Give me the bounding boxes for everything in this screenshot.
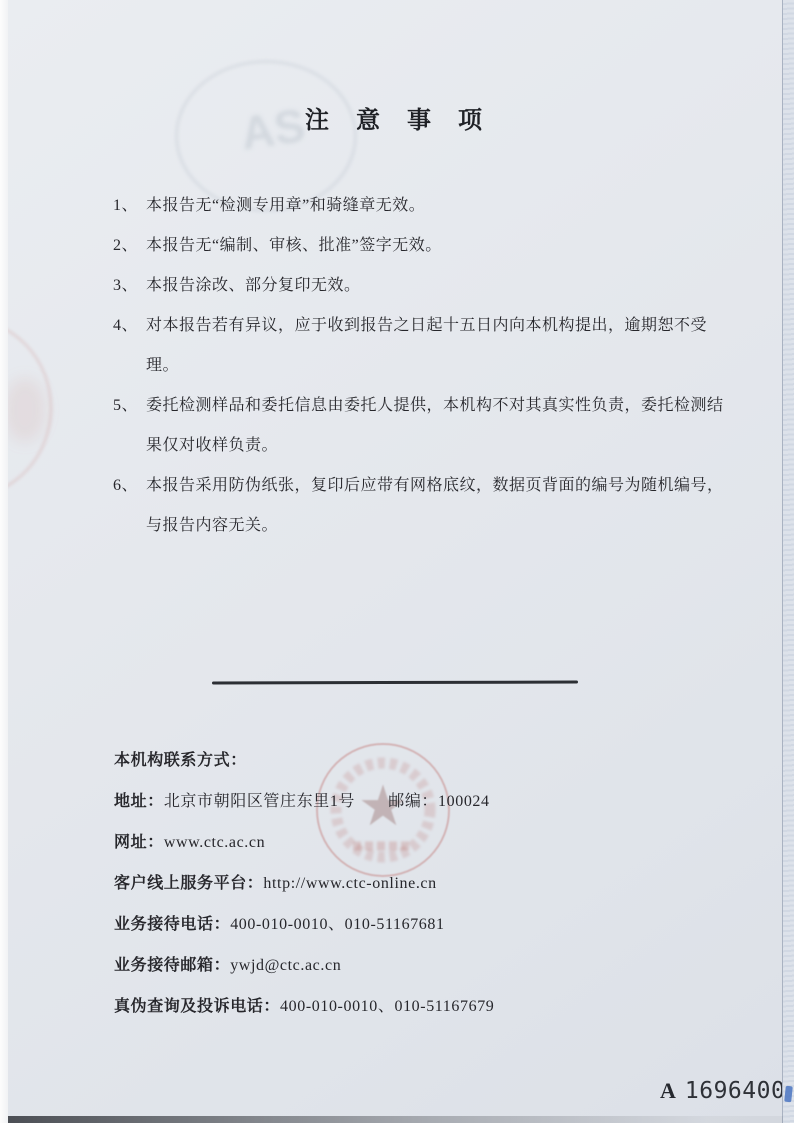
scan-edge-left xyxy=(0,0,8,1123)
report-serial-number: A1696400 xyxy=(660,1078,785,1104)
contact-line-service-phone: 业务接待电话：400-010-0010、010-51167681 xyxy=(114,904,714,945)
contact-line-website: 网址：www.ctc.ac.cn xyxy=(114,822,714,863)
serial-digits: 1696400 xyxy=(685,1078,785,1104)
notice-line: 本报告无“编制、审核、批准”签字无效。 xyxy=(146,226,713,266)
notice-number: 3、 xyxy=(113,266,146,306)
notice-number: 6、 xyxy=(113,466,146,546)
notice-item-1: 1、 本报告无“检测专用章”和骑缝章无效。 xyxy=(113,186,713,226)
contact-value: ywjd@ctc.ac.cn xyxy=(230,957,341,974)
contact-value: www.ctc.ac.cn xyxy=(164,834,265,851)
notice-line: 本报告无“检测专用章”和骑缝章无效。 xyxy=(146,186,713,226)
notice-item-4: 4、 对本报告若有异议，应于收到报告之日起十五日内向本机构提出，逾期恕不受 理。 xyxy=(113,306,713,386)
contact-heading: 本机构联系方式： xyxy=(114,740,714,781)
notice-item-3: 3、 本报告涂改、部分复印无效。 xyxy=(113,266,713,306)
contact-line-verify-phone: 真伪查询及投诉电话：400-010-0010、010-51167679 xyxy=(114,986,714,1027)
contact-label: 业务接待邮箱： xyxy=(114,957,230,974)
contact-section: 本机构联系方式： 地址：北京市朝阳区管庄东里1号 邮编：100024 网址：ww… xyxy=(114,740,714,1027)
notice-item-2: 2、 本报告无“编制、审核、批准”签字无效。 xyxy=(113,226,713,266)
contact-label: 真伪查询及投诉电话： xyxy=(114,998,280,1015)
contact-value: http://www.ctc-online.cn xyxy=(263,875,436,892)
notice-item-5: 5、 委托检测样品和委托信息由委托人提供，本机构不对其真实性负责，委托检测结 果… xyxy=(113,386,713,466)
notice-number: 5、 xyxy=(113,386,146,466)
contact-value: 400-010-0010、010-51167679 xyxy=(280,998,494,1015)
scan-edge-bottom xyxy=(8,1116,783,1123)
notice-line: 与报告内容无关。 xyxy=(146,506,724,546)
contact-label: 网址： xyxy=(114,834,164,851)
scanned-report-notice-page: { "document": { "title": "注 意 事 项", "not… xyxy=(0,0,794,1123)
notice-list: 1、 本报告无“检测专用章”和骑缝章无效。 2、 本报告无“编制、审核、批准”签… xyxy=(113,186,713,546)
notice-line: 理。 xyxy=(146,346,713,386)
notice-line: 本报告采用防伪纸张，复印后应带有网格底纹，数据页背面的编号为随机编号， xyxy=(146,466,724,506)
notice-item-6: 6、 本报告采用防伪纸张，复印后应带有网格底纹，数据页背面的编号为随机编号， 与… xyxy=(113,466,713,546)
contact-label: 业务接待电话： xyxy=(114,916,230,933)
contact-line-online-platform: 客户线上服务平台：http://www.ctc-online.cn xyxy=(114,863,714,904)
contact-value: 北京市朝阳区管庄东里1号 邮编：100024 xyxy=(164,793,490,810)
notice-line: 本报告涂改、部分复印无效。 xyxy=(146,266,713,306)
notice-number: 1、 xyxy=(113,186,146,226)
notice-line: 委托检测样品和委托信息由委托人提供，本机构不对其真实性负责，委托检测结 xyxy=(146,386,724,426)
left-edge-red-smudge xyxy=(4,378,46,442)
contact-value: 400-010-0010、010-51167681 xyxy=(230,916,444,933)
notice-line: 对本报告若有异议，应于收到报告之日起十五日内向本机构提出，逾期恕不受 xyxy=(146,306,713,346)
contact-label: 客户线上服务平台： xyxy=(114,875,263,892)
notice-number: 4、 xyxy=(113,306,146,386)
page-title: 注 意 事 项 xyxy=(0,100,794,135)
scan-edge-right xyxy=(782,0,794,1123)
contact-line-address: 地址：北京市朝阳区管庄东里1号 邮编：100024 xyxy=(114,781,714,822)
notice-number: 2、 xyxy=(113,226,146,266)
contact-label: 地址： xyxy=(114,793,164,810)
serial-prefix: A xyxy=(660,1078,676,1103)
contact-line-service-email: 业务接待邮箱：ywjd@ctc.ac.cn xyxy=(114,945,714,986)
notice-line: 果仅对收样负责。 xyxy=(146,426,724,466)
